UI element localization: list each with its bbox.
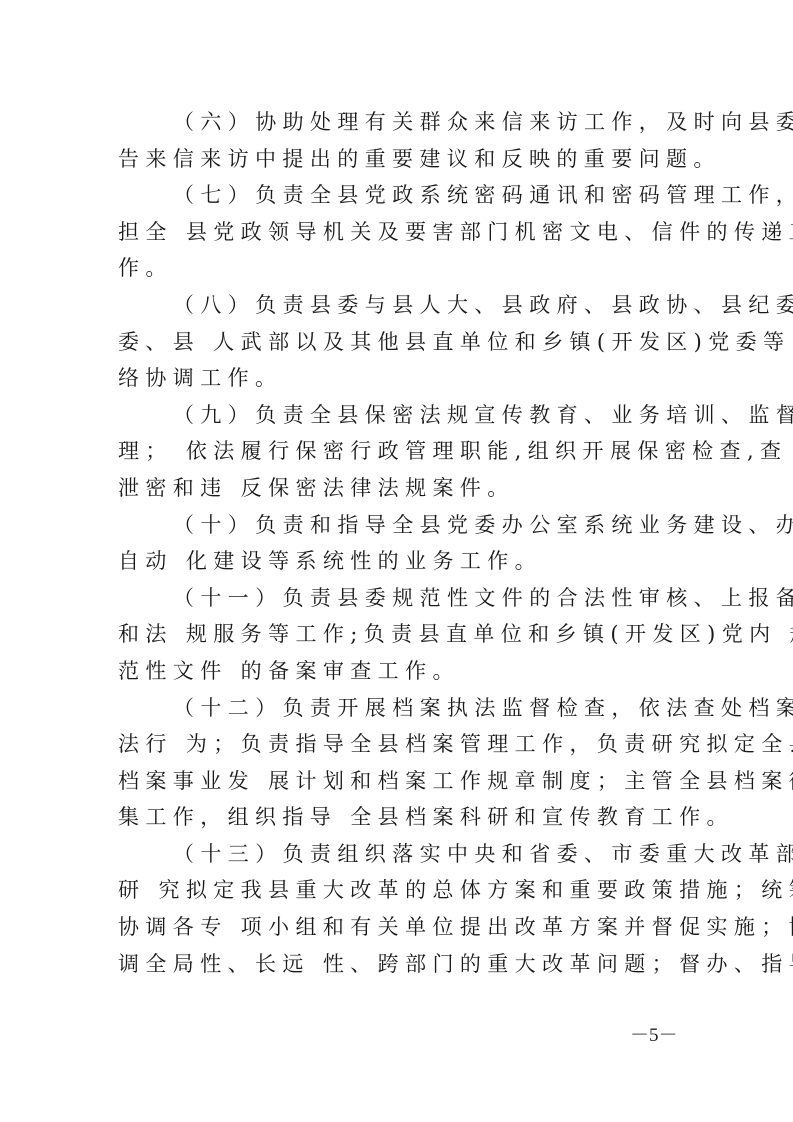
text-line: （八）负责县委与县人大、县政府、县政协、县纪委监 (118, 287, 678, 324)
text-line: 和法 规服务等工作;负责县直单位和乡镇(开发区)党内 规 (118, 616, 678, 653)
text-line: 络协调工作。 (118, 360, 678, 397)
text-line: 范性文件 的备案审查工作。 (118, 653, 678, 690)
text-line: （六）协助处理有关群众来信来访工作，及时向县委报 (118, 104, 678, 141)
paragraph-6: （六）协助处理有关群众来信来访工作，及时向县委报 告来信来访中提出的重要建议和反… (118, 104, 678, 177)
text-line: 作。 (118, 250, 678, 287)
text-line: 泄密和违 反保密法律法规案件。 (118, 470, 678, 507)
text-line: （十一）负责县委规范性文件的合法性审核、上报备案 (118, 580, 678, 617)
text-line: 委、县 人武部以及其他县直单位和乡镇(开发区)党委等 联 (118, 324, 678, 361)
paragraph-8: （八）负责县委与县人大、县政府、县政协、县纪委监 委、县 人武部以及其他县直单位… (118, 287, 678, 397)
text-line: 担全 县党政领导机关及要害部门机密文电、信件的传递工 (118, 214, 678, 251)
text-line: 告来信来访中提出的重要建议和反映的重要问题。 (118, 141, 678, 178)
text-line: 理； 依法履行保密行政管理职能,组织开展保密检查,查 处 (118, 433, 678, 470)
paragraph-7: （七）负责全县党政系统密码通讯和密码管理工作，承 担全 县党政领导机关及要害部门… (118, 177, 678, 287)
page-number: －5－ (630, 1020, 690, 1047)
paragraph-13: （十三）负责组织落实中央和省委、市委重大改革部署; 研 究拟定我县重大改革的总体… (118, 836, 678, 982)
text-line: 自动 化建设等系统性的业务工作。 (118, 543, 678, 580)
text-line: （九）负责全县保密法规宣传教育、业务培训、监督管 (118, 397, 678, 434)
paragraph-12: （十二）负责开展档案执法监督检查，依法查处档案违 法行 为；负责指导全县档案管理… (118, 690, 678, 836)
document-body: （六）协助处理有关群众来信来访工作，及时向县委报 告来信来访中提出的重要建议和反… (118, 104, 678, 982)
text-line: （十）负责和指导全县党委办公室系统业务建设、办公 (118, 507, 678, 544)
text-line: 研 究拟定我县重大改革的总体方案和重要政策措施；统筹 (118, 872, 678, 909)
paragraph-10: （十）负责和指导全县党委办公室系统业务建设、办公 自动 化建设等系统性的业务工作… (118, 507, 678, 580)
text-line: （十三）负责组织落实中央和省委、市委重大改革部署; (118, 836, 678, 873)
text-line: 调全局性、长远 性、跨部门的重大改革问题；督办、指导 县 (118, 946, 678, 983)
text-line: （七）负责全县党政系统密码通讯和密码管理工作，承 (118, 177, 678, 214)
text-line: 协调各专 项小组和有关单位提出改革方案并督促实施；协 (118, 909, 678, 946)
paragraph-9: （九）负责全县保密法规宣传教育、业务培训、监督管 理； 依法履行保密行政管理职能… (118, 397, 678, 507)
text-line: 集工作，组织指导 全县档案科研和宣传教育工作。 (118, 799, 678, 836)
document-page: （六）协助处理有关群众来信来访工作，及时向县委报 告来信来访中提出的重要建议和反… (0, 0, 793, 1122)
text-line: （十二）负责开展档案执法监督检查，依法查处档案违 (118, 690, 678, 727)
text-line: 档案事业发 展计划和档案工作规章制度；主管全县档案征 (118, 763, 678, 800)
text-line: 法行 为；负责指导全县档案管理工作，负责研究拟定全县 (118, 726, 678, 763)
paragraph-11: （十一）负责县委规范性文件的合法性审核、上报备案 和法 规服务等工作;负责县直单… (118, 580, 678, 690)
